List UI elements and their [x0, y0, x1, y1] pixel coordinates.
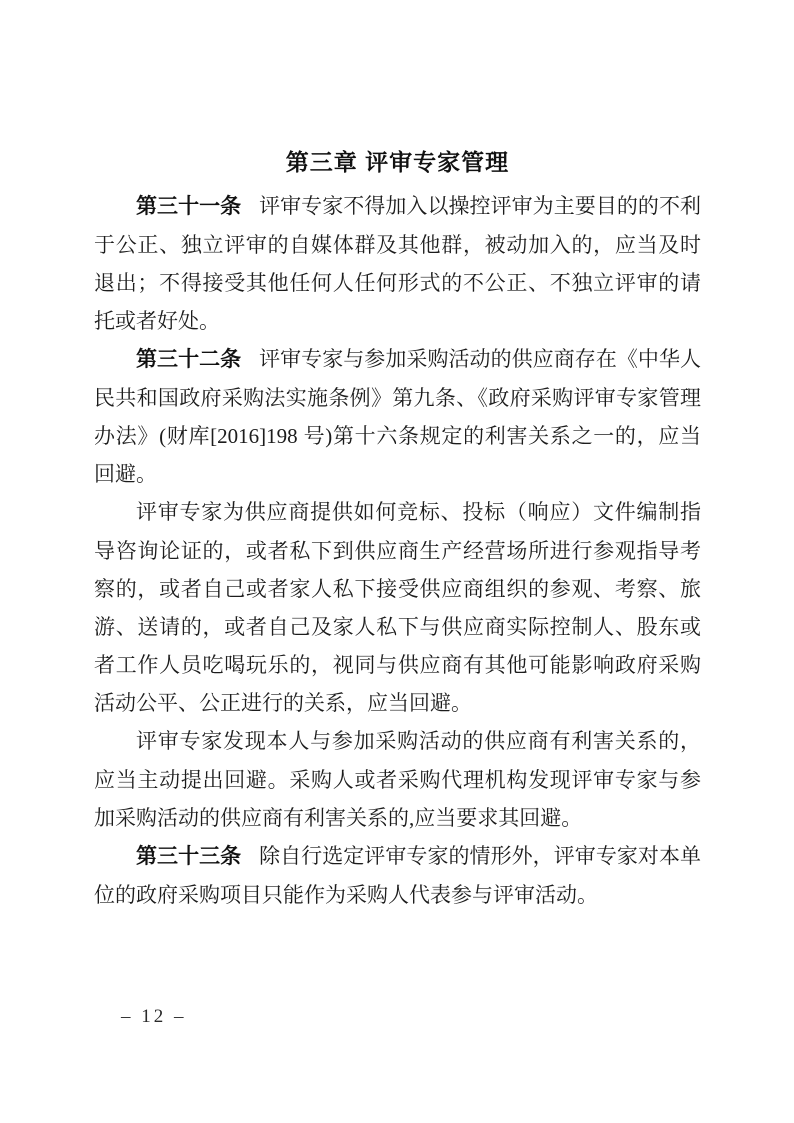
article-number-32: 第三十二条: [136, 348, 241, 371]
paragraph-article-32-continuation-2: 评审专家发现本人与参加采购活动的供应商有利害关系的，应当主动提出回避。采购人或者…: [94, 722, 701, 837]
paragraph-article-33: 第三十三条除自行选定评审专家的情形外，评审专家对本单位的政府采购项目只能作为采购…: [94, 837, 701, 914]
chapter-title: 第三章 评审专家管理: [94, 146, 701, 178]
paragraph-text: 评审专家为供应商提供如何竞标、投标（响应）文件编制指导咨询论证的，或者私下到供应…: [94, 500, 701, 715]
page-number: – 12 –: [121, 1004, 187, 1030]
paragraph-article-31: 第三十一条评审专家不得加入以操控评审为主要目的的不利于公正、独立评审的自媒体群及…: [94, 187, 701, 340]
article-number-31: 第三十一条: [136, 195, 241, 218]
paragraph-article-32-continuation-1: 评审专家为供应商提供如何竞标、投标（响应）文件编制指导咨询论证的，或者私下到供应…: [94, 493, 701, 722]
paragraph-text: 评审专家发现本人与参加采购活动的供应商有利害关系的，应当主动提出回避。采购人或者…: [94, 729, 701, 830]
document-content: 第三章 评审专家管理 第三十一条评审专家不得加入以操控评审为主要目的的不利于公正…: [94, 146, 701, 914]
document-page: 第三章 评审专家管理 第三十一条评审专家不得加入以操控评审为主要目的的不利于公正…: [0, 0, 794, 1123]
paragraph-article-32: 第三十二条评审专家与参加采购活动的供应商存在《中华人民共和国政府采购法实施条例》…: [94, 340, 701, 493]
article-number-33: 第三十三条: [136, 845, 241, 868]
